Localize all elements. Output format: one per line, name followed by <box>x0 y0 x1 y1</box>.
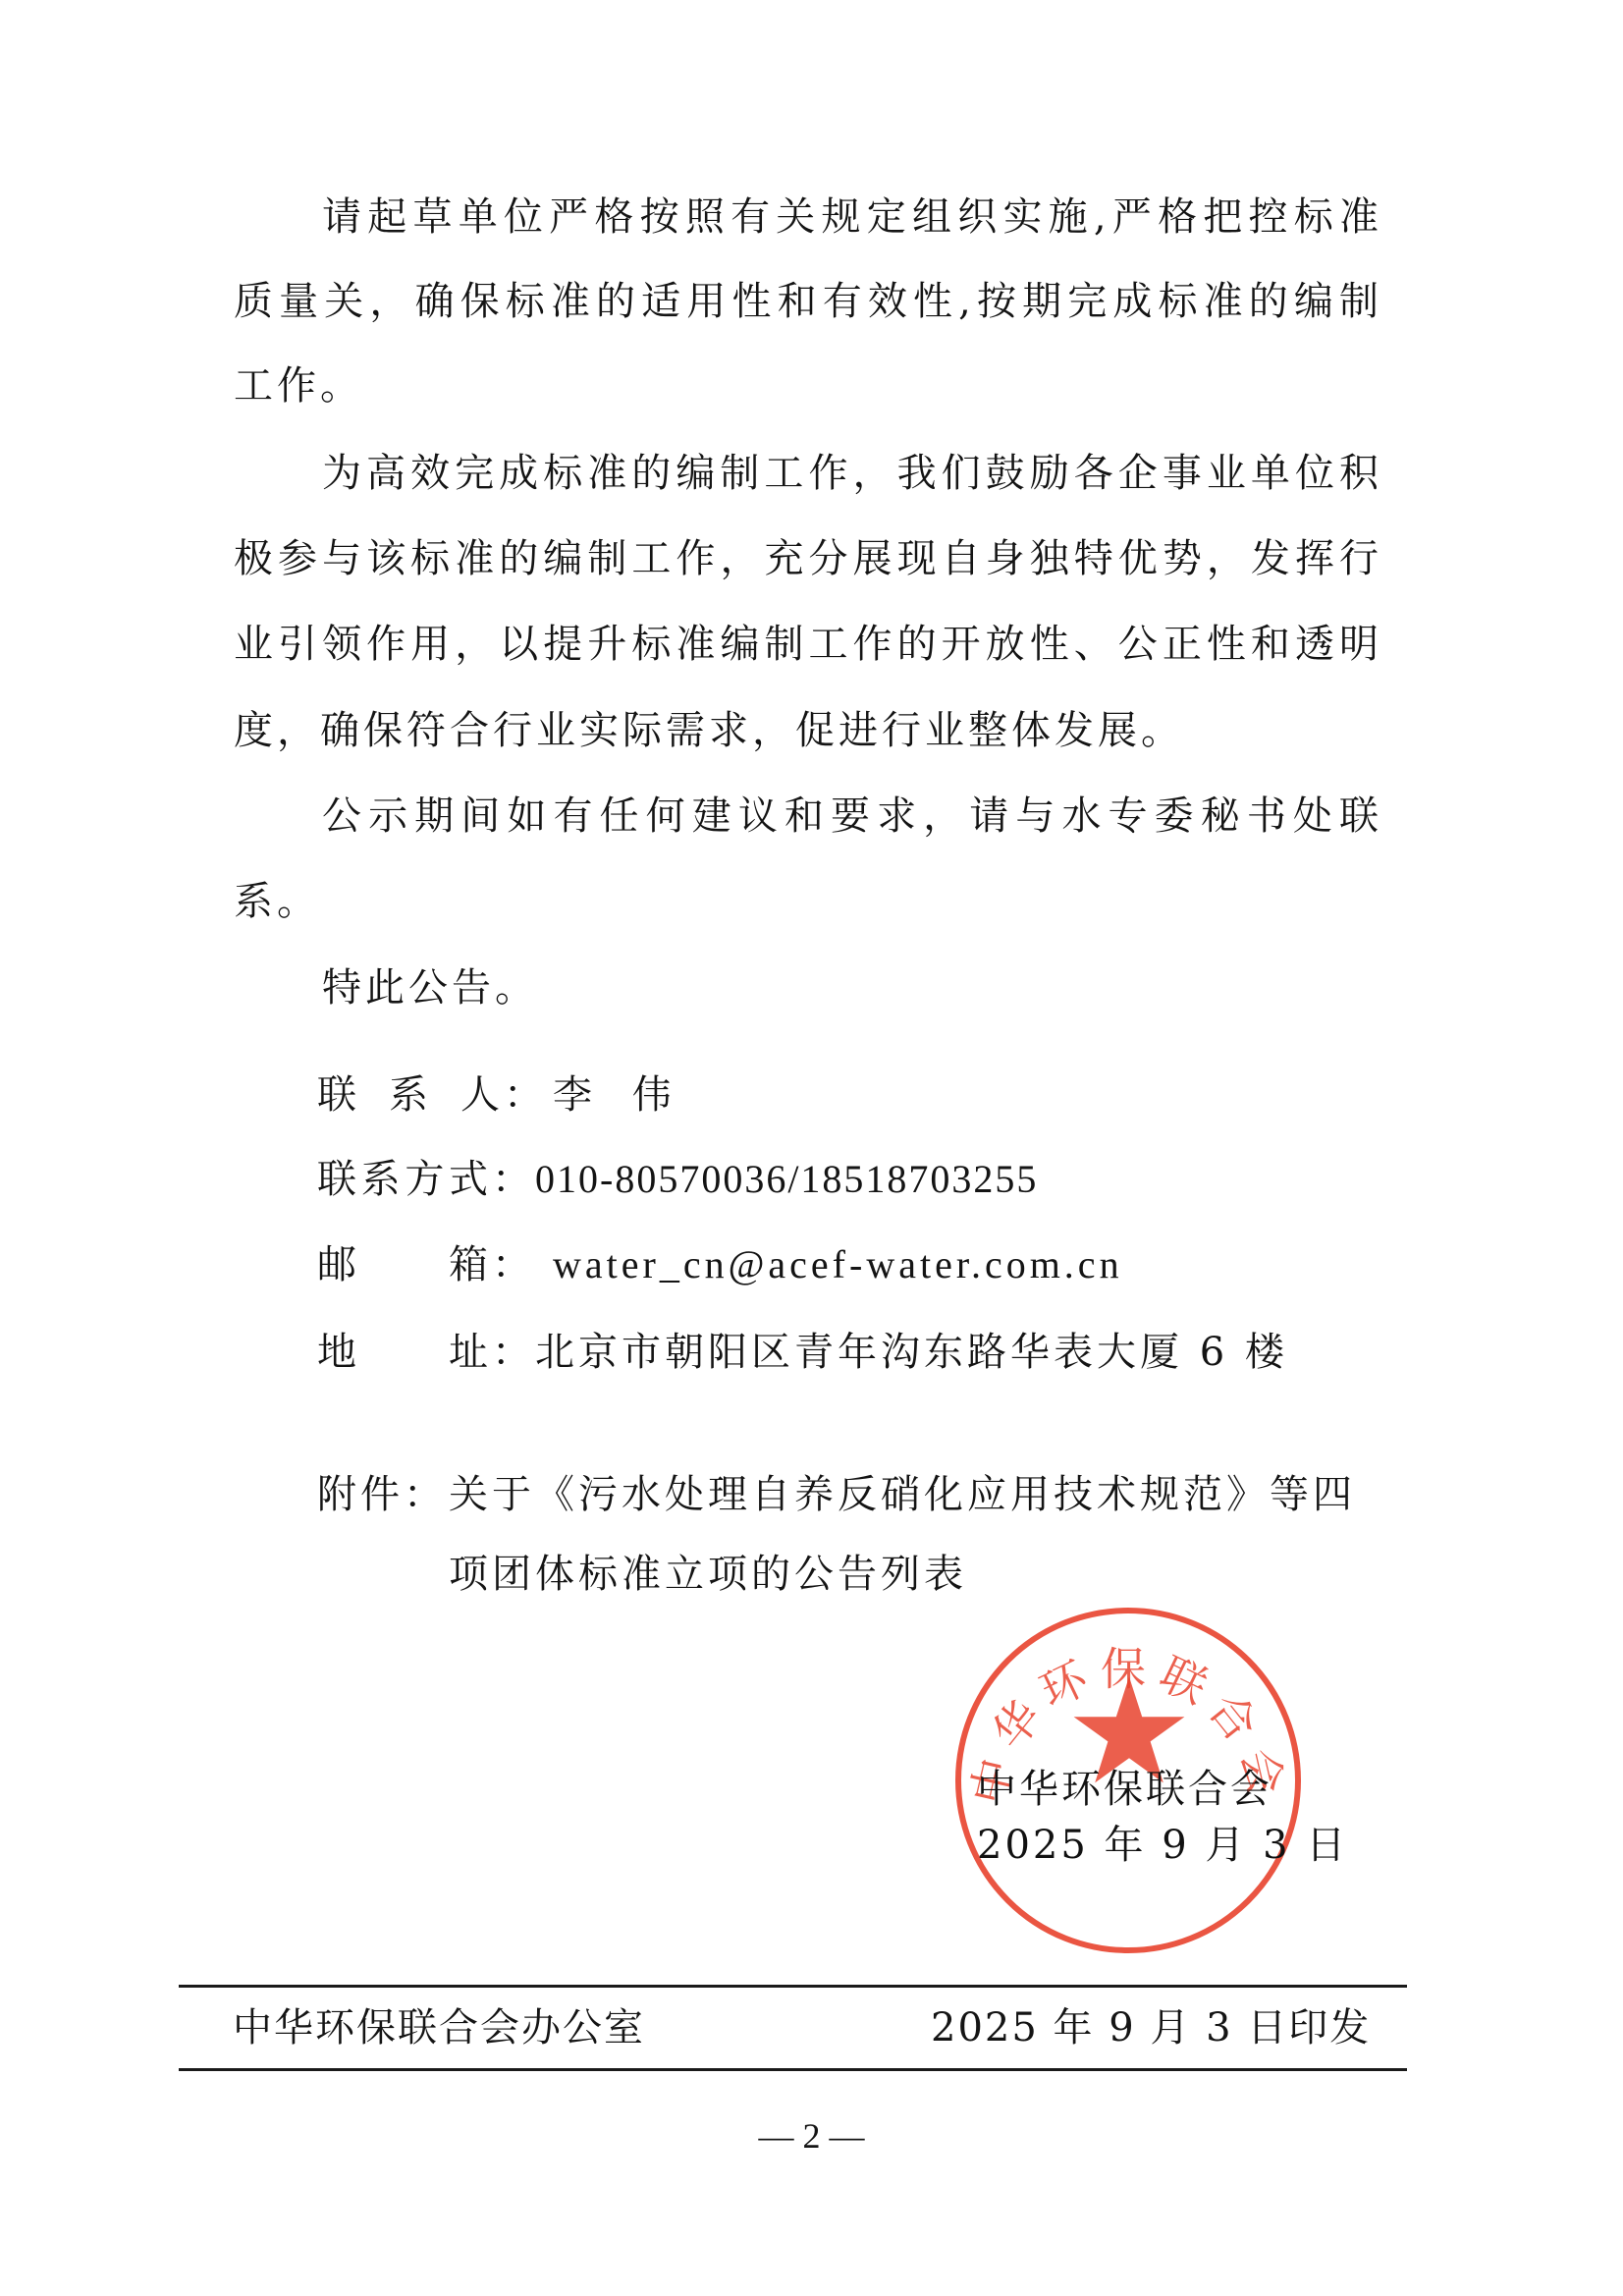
paragraph-1-line-1: 请起草单位严格按照有关规定组织实施,严格把控标准 <box>322 193 1382 241</box>
page-number: — 2 — <box>0 2114 1623 2158</box>
footer-bottom-rule <box>179 2068 1407 2071</box>
contact-phone-row: 联系方式：010-80570036/18518703255 <box>317 1156 1038 1203</box>
contact-email-value: water_cn@acef-water.com.cn <box>553 1241 1123 1288</box>
attachment-line-2: 项团体标准立项的公告列表 <box>449 1551 967 1598</box>
contact-address-label: 地址 <box>317 1329 492 1376</box>
paragraph-3-line-1: 公示期间如有任何建议和要求，请与水专委秘书处联 <box>322 793 1382 840</box>
colon: ： <box>492 1157 535 1202</box>
colon: ： <box>492 1330 535 1375</box>
signature-date: 2025 年 9 月 3 日 <box>977 1822 1348 1869</box>
colon: ： <box>492 1242 535 1287</box>
contact-person-value: 李 伟 <box>553 1071 685 1119</box>
footer-issuer: 中华环保联合会办公室 <box>233 2004 645 2051</box>
footer-issue-date: 2025 年 9 月 3 日印发 <box>931 2004 1371 2051</box>
colon: ： <box>504 1072 547 1118</box>
contact-address-value: 北京市朝阳区青年沟东路华表大厦 6 楼 <box>535 1329 1288 1376</box>
contact-email-label: 邮箱 <box>317 1241 492 1288</box>
contact-phone-label: 联系方式 <box>317 1156 492 1203</box>
contact-address-row: 地址：北京市朝阳区青年沟东路华表大厦 6 楼 <box>317 1329 1288 1376</box>
signature-organization: 中华环保联合会 <box>977 1766 1272 1813</box>
attachment-line-1: 关于《污水处理自养反硝化应用技术规范》等四 <box>449 1471 1356 1518</box>
paragraph-3-line-2: 系。 <box>234 878 1382 925</box>
footer-top-rule <box>179 1985 1407 1988</box>
paragraph-2-line-3: 业引领作用，以提升标准编制工作的开放性、公正性和透明 <box>234 621 1382 668</box>
attachment-label: 附件： <box>317 1471 447 1518</box>
paragraph-2-line-1: 为高效完成标准的编制工作，我们鼓励各企事业单位积 <box>322 450 1382 497</box>
contact-phone-value: 010-80570036/18518703255 <box>535 1156 1038 1203</box>
paragraph-2-line-2: 极参与该标准的编制工作，充分展现自身独特优势，发挥行 <box>234 535 1382 582</box>
contact-person-row: 联系人：李 伟 <box>317 1071 685 1119</box>
paragraph-1-line-3: 工作。 <box>234 362 1382 410</box>
closing-text: 特此公告。 <box>322 964 538 1011</box>
contact-person-label: 联系人 <box>317 1071 504 1119</box>
paragraph-1-line-2: 质量关，确保标准的适用性和有效性,按期完成标准的编制 <box>234 278 1382 325</box>
paragraph-2-line-4: 度，确保符合行业实际需求，促进行业整体发展。 <box>234 707 1382 754</box>
contact-email-row: 邮箱：water_cn@acef-water.com.cn <box>317 1241 1123 1288</box>
